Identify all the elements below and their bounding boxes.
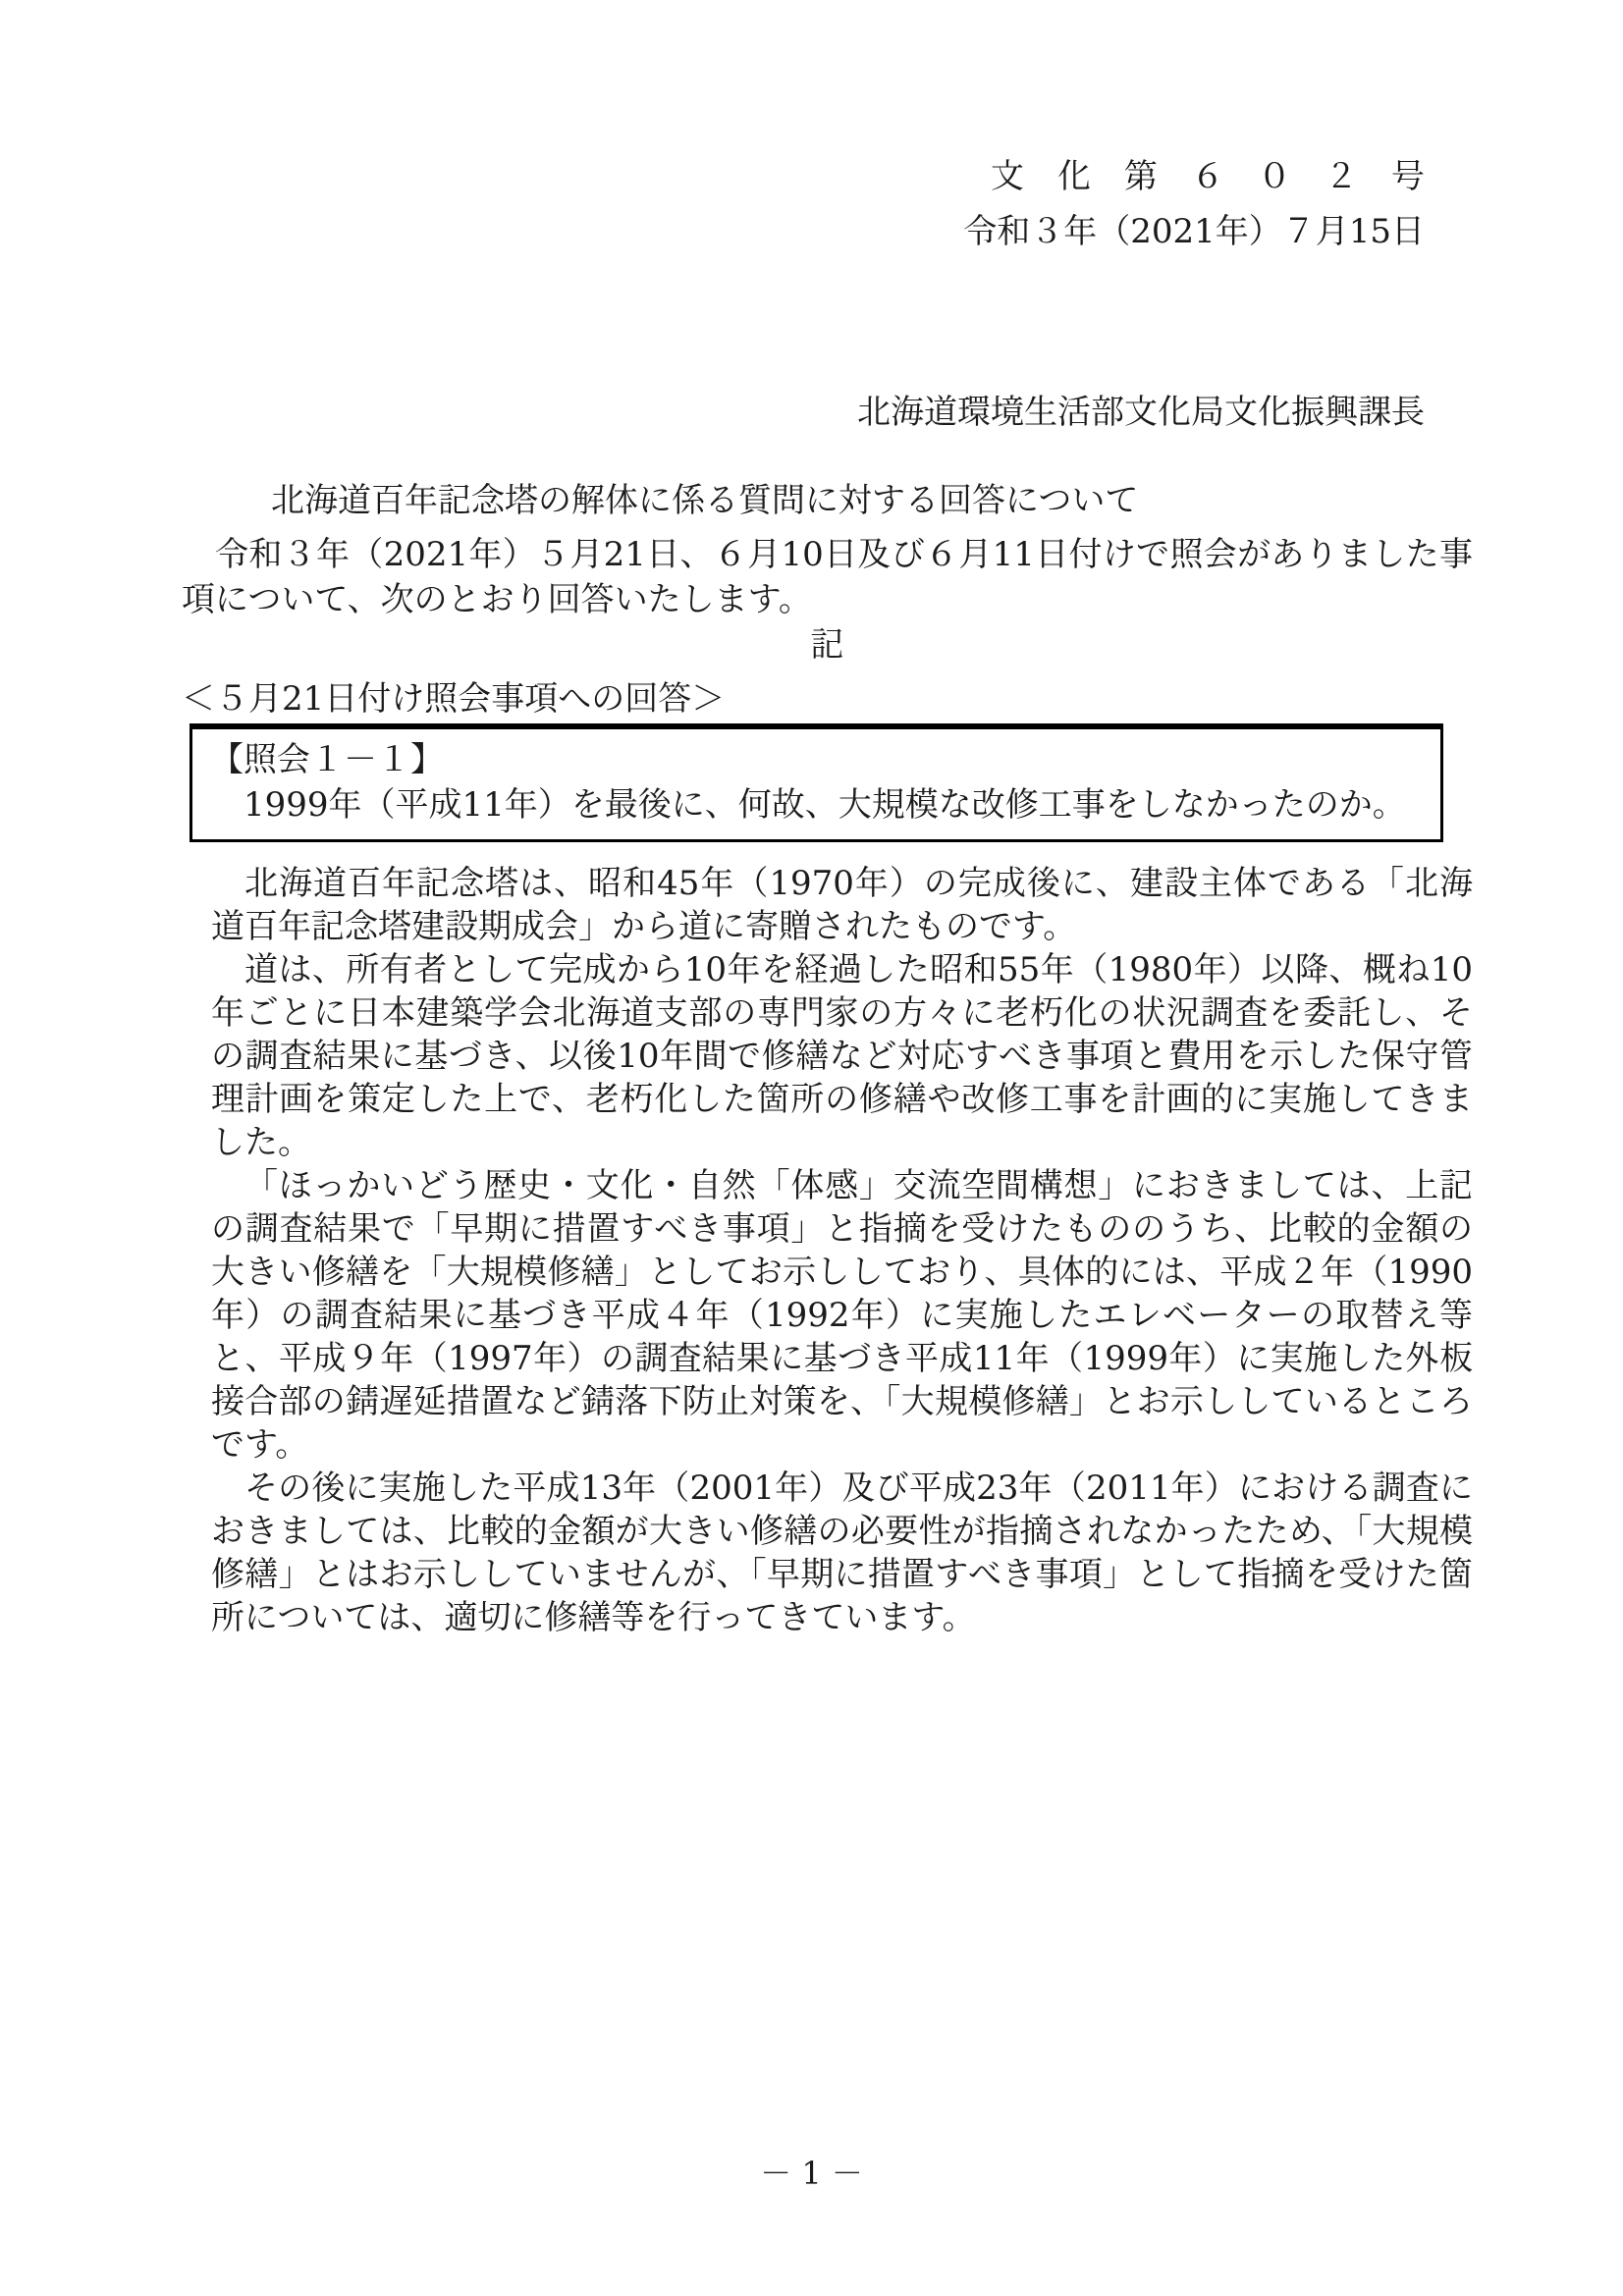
doc-date: 令和３年（2021年）７月15日 (182, 204, 1425, 259)
answer-paragraph: 「ほっかいどう歴史・文化・自然「体感」交流空間構想」におきましては、上記の調査結… (211, 1164, 1473, 1467)
answer-section: 北海道百年記念塔は、昭和45年（1970年）の完成後に、建設主体である「北海道百… (211, 862, 1473, 1639)
document-header: 文 化 第 ６ ０ ２ 号 令和３年（2021年）７月15日 (182, 0, 1425, 259)
document-page: 文 化 第 ６ ０ ２ 号 令和３年（2021年）７月15日 北海道環境生活部文… (0, 0, 1623, 2296)
inquiry-box: 【照会１－１】 1999年（平成11年）を最後に、何故、大規模な改修工事をしなか… (189, 723, 1443, 842)
doc-number: 文 化 第 ６ ０ ２ 号 (182, 149, 1425, 204)
answer-paragraph: その後に実施した平成13年（2001年）及び平成23年（2011年）における調査… (211, 1467, 1473, 1639)
intro-paragraph: 令和３年（2021年）５月21日、６月10日及び６月11日付けで照会がありました… (182, 532, 1473, 622)
answer-paragraph: 北海道百年記念塔は、昭和45年（1970年）の完成後に、建設主体である「北海道百… (211, 862, 1473, 948)
document-title: 北海道百年記念塔の解体に係る質問に対する回答について (182, 479, 1473, 522)
inquiry-question: 1999年（平成11年）を最後に、何故、大規模な改修工事をしなかったのか。 (210, 782, 1423, 828)
section-heading: ＜５月21日付け照会事項への回答＞ (182, 676, 1473, 721)
answer-paragraph: 道は、所有者として完成から10年を経過した昭和55年（1980年）以降、概ね10… (211, 948, 1473, 1164)
sender-title: 北海道環境生活部文化局文化振興課長 (182, 391, 1425, 434)
ki-marker: 記 (182, 622, 1473, 667)
page-number: － 1 － (0, 2152, 1623, 2195)
inquiry-label: 【照会１－１】 (210, 737, 1423, 782)
